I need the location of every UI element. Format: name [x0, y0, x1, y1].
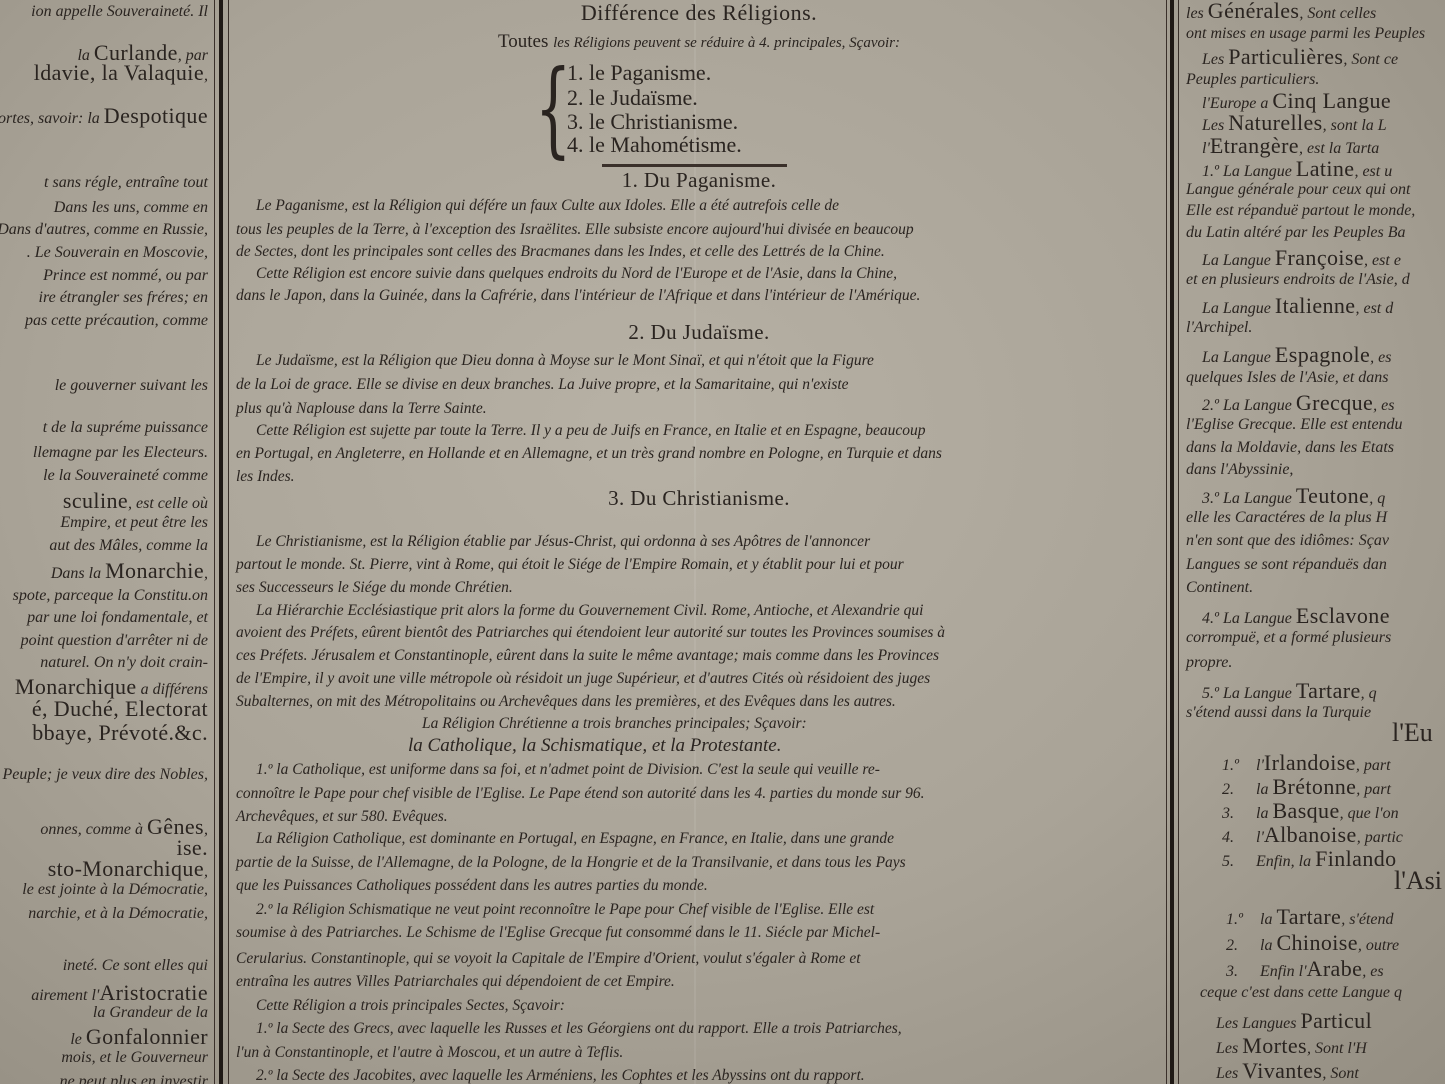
left-text-line: ion appelle Souveraineté. Il	[31, 4, 208, 20]
left-text-line: é, Duché, Electorat	[32, 698, 208, 720]
paragraph-line: Le Christianisme, est la Réligion établi…	[256, 534, 870, 550]
paragraph-line: dans le Japon, dans la Guinée, dans la C…	[236, 288, 920, 304]
right-text-line: quelques Isles de l'Asie, et dans	[1186, 370, 1389, 386]
right-column-divider-thin	[1166, 0, 1167, 1084]
left-column-divider-thick	[219, 0, 223, 1084]
left-text-line: Prince est nommé, ou par	[43, 268, 208, 284]
left-text-line: aut des Mâles, comme la	[49, 538, 208, 554]
left-text-line: t de la supréme puissance	[43, 420, 208, 436]
paragraph-line: de la Loi de grace. Elle se divise en de…	[236, 377, 849, 393]
paragraph-line: Cette Réligion est sujette par toute la …	[256, 423, 926, 439]
paragraph-line: connoître le Pape pour chef visible de l…	[236, 786, 925, 802]
left-text-line: ire étrangler ses fréres; en	[39, 290, 208, 306]
left-text-line: Dans d'autres, comme en Russie,	[0, 222, 208, 238]
right-text-line: La Langue Espagnole, es	[1202, 344, 1391, 366]
left-text-line: Empire, et peut être les	[60, 515, 208, 531]
paragraph-line: soumise à des Patriarches. Le Schisme de…	[236, 925, 880, 941]
left-text-line: ldavie, la Valaquie,	[34, 62, 208, 84]
left-column-divider-thin	[214, 0, 215, 1084]
right-text-line: 3.º La Langue Teutone, q	[1202, 485, 1385, 507]
left-text-line: spote, parceque la Constitu.on	[13, 588, 208, 604]
right-text-line: s'étend aussi dans la Turquie	[1186, 705, 1371, 721]
left-text-line: le gouverner suivant les	[55, 378, 208, 394]
right-text-line: dans la Moldavie, dans les Etats	[1186, 440, 1394, 456]
left-text-line: Monarchique a différens	[15, 676, 208, 698]
right-text-line: Les Vivantes, Sont	[1216, 1060, 1359, 1082]
left-text-line: mois, et le Gouverneur	[61, 1050, 208, 1066]
left-text-line: Dans la Monarchie,	[51, 560, 208, 582]
paragraph-line: Le Judaïsme, est la Réligion que Dieu do…	[256, 353, 874, 369]
right-text-line: 4.º La Langue Esclavone	[1202, 605, 1390, 627]
right-text-line: du Latin altéré par les Peuples Ba	[1186, 225, 1406, 241]
paragraph-line: l'un à Constantinople, et l'autre à Mosc…	[236, 1045, 623, 1061]
left-text-line: sto-Monarchique,	[48, 858, 208, 880]
section-heading-paganisme: 1. Du Paganisme.	[232, 170, 1166, 191]
paragraph-line: 1.º la Catholique, est uniforme dans sa …	[256, 762, 880, 778]
paragraph-line: avoient des Préfets, eûrent bientôt des …	[236, 625, 945, 641]
left-text-line: le Gonfalonnier	[70, 1026, 208, 1048]
right-text-line: Les Particulières, Sont ce	[1202, 46, 1398, 68]
right-text-line: La Langue Françoise, est e	[1202, 247, 1401, 269]
asia-language-item: 1.º la Tartare, s'étend	[1226, 906, 1394, 928]
right-text-line: Continent.	[1186, 580, 1253, 596]
paragraph-line: La Réligion Chrétienne a trois branches …	[422, 716, 807, 732]
right-text-line: Langue générale pour ceux qui ont	[1186, 182, 1410, 198]
paragraph-line: 2.º la Réligion Schismatique ne veut poi…	[256, 902, 874, 918]
right-text-line: ceque c'est dans cette Langue q	[1200, 985, 1402, 1001]
left-text-line: pas cette précaution, comme	[25, 313, 208, 329]
section-heading-judaisme: 2. Du Judaïsme.	[232, 322, 1166, 343]
right-column: les Générales, Sont cellesont mises en u…	[1182, 0, 1445, 1084]
right-text-line: 1.º La Langue Latine, est u	[1202, 158, 1392, 180]
paragraph-line: entraîna les autres Villes Patriarchales…	[236, 974, 675, 990]
right-text-line: elle les Caractéres de la plus H	[1186, 510, 1387, 526]
paragraph-line: ces Préfets. Jérusalem et Constantinople…	[236, 648, 939, 664]
paragraph-line: de l'Empire, il y avoit une ville métrop…	[236, 671, 930, 687]
right-text-line: La Langue Italienne, est d	[1202, 295, 1393, 317]
left-text-line: Dans les uns, comme en	[54, 200, 208, 216]
paragraph-line: Subalternes, on mit des Métropolitains o…	[236, 694, 896, 710]
left-text-line: narchie, et à la Démocratie,	[28, 906, 208, 922]
europe-heading: l'Eu	[1392, 720, 1433, 746]
right-text-line: 5.º La Langue Tartare, q	[1202, 680, 1377, 702]
left-text-line: naturel. On n'y doit crain-	[40, 655, 208, 671]
center-column: Différence des Réligions. Toutes les Rél…	[232, 0, 1166, 1084]
section-separator	[602, 164, 787, 167]
branches-line: la Catholique, la Schismatique, et la Pr…	[408, 736, 781, 755]
left-text-line: sortes, savoir: la Despotique	[0, 105, 208, 127]
asia-language-item: 3. Enfin l'Arabe, es	[1226, 958, 1384, 980]
left-text-line: Peuple; je veux dire des Nobles,	[2, 767, 208, 783]
right-text-line: l'Archipel.	[1186, 320, 1252, 336]
europe-language-item: 2. la Brétonne, part	[1222, 776, 1391, 798]
paragraph-line: en Portugal, en Angleterre, en Hollande …	[236, 446, 942, 462]
paragraph-line: les Indes.	[236, 469, 295, 485]
right-text-line: l'Etrangère, est la Tarta	[1202, 135, 1379, 157]
paragraph-line: partie de la Suisse, de l'Allemagne, de …	[236, 855, 906, 871]
left-text-line: llemagne par les Electeurs.	[33, 445, 208, 461]
page-title: Différence des Réligions.	[232, 2, 1166, 24]
asia-language-item: 2. la Chinoise, outre	[1226, 932, 1399, 954]
right-text-line: Les Langues Particul	[1216, 1010, 1372, 1032]
section-heading-christianisme: 3. Du Christianisme.	[232, 488, 1166, 509]
right-text-line: Peuples particuliers.	[1186, 72, 1319, 88]
right-text-line: Les Naturelles, sont la L	[1202, 112, 1387, 134]
right-column-divider-thin-inner	[1178, 0, 1179, 1084]
religion-list-item: 3. le Christianisme.	[567, 111, 738, 133]
right-text-line: l'Eglise Grecque. Elle est entendu	[1186, 417, 1403, 433]
right-text-line: ont mises en usage parmi les Peuples	[1186, 26, 1425, 42]
left-text-line: point question d'arrêter ni de	[21, 633, 208, 649]
europe-language-item: 5. Enfin, la Finlando	[1222, 848, 1397, 870]
left-text-line: . Le Souverain en Moscovie,	[27, 245, 208, 261]
list-brace: {	[535, 56, 571, 160]
left-column: ion appelle Souveraineté. Illa Curlande,…	[0, 0, 214, 1084]
left-text-line: ineté. Ce sont elles qui	[63, 958, 208, 974]
left-text-line: le est jointe à la Démocratie,	[22, 882, 208, 898]
left-column-divider-thin-inner	[228, 0, 229, 1084]
left-text-line: sculine, est celle où	[63, 490, 208, 512]
left-text-line: airement l'Aristocratie	[31, 982, 208, 1004]
europe-language-item: 3. la Basque, que l'on	[1222, 800, 1399, 822]
left-text-line: la Grandeur de la	[93, 1005, 208, 1021]
paragraph-line: 1.º la Secte des Grecs, avec laquelle le…	[256, 1021, 902, 1037]
right-text-line: Les Mortes, Sont l'H	[1216, 1035, 1367, 1057]
paragraph-line: La Hiérarchie Ecclésiastique prit alors …	[256, 603, 923, 619]
left-text-line: par une loi fondamentale, et	[27, 610, 208, 626]
right-text-line: les Générales, Sont celles	[1186, 0, 1376, 22]
left-text-line: bbaye, Prévoté.&c.	[32, 722, 208, 744]
right-text-line: Elle est répanduë partout le monde,	[1186, 203, 1415, 219]
right-column-divider-thick	[1170, 0, 1174, 1084]
paragraph-line: de Sectes, dont les principales sont cel…	[236, 244, 885, 260]
paragraph-line: plus qu'à Naplouse dans la Terre Sainte.	[236, 401, 487, 417]
right-text-line: 2.º La Langue Grecque, es	[1202, 392, 1395, 414]
paragraph-line: que les Puissances Catholiques possédent…	[236, 878, 708, 894]
paragraph-line: La Réligion Catholique, est dominante en…	[256, 831, 894, 847]
europe-language-item: 1.º l'Irlandoise, part	[1222, 752, 1391, 774]
paragraph-line: Archevêques, et sur 580. Evêques.	[236, 809, 448, 825]
right-text-line: dans l'Abyssinie,	[1186, 462, 1293, 478]
left-text-line: t sans régle, entraîne tout	[44, 175, 208, 191]
paragraph-line: Cette Réligion est encore suivie dans qu…	[256, 266, 897, 282]
right-text-line: n'en sont que des idiômes: Sçav	[1186, 533, 1389, 549]
paragraph-line: Cette Réligion a trois principales Secte…	[256, 998, 565, 1014]
right-text-line: l'Europe a Cinq Langue	[1202, 90, 1391, 112]
religion-list-item: 4. le Mahométisme.	[567, 134, 742, 156]
paragraph-line: Le Paganisme, est la Réligion qui défére…	[256, 198, 839, 214]
left-text-line: ne peut plus en investir	[60, 1074, 208, 1084]
intro-line: Toutes les Réligions peuvent se réduire …	[232, 32, 1166, 51]
paragraph-line: tous les peuples de la Terre, à l'except…	[236, 222, 914, 238]
right-text-line: Langues se sont répanduës dan	[1186, 557, 1387, 573]
paragraph-line: partout le monde. St. Pierre, vint à Rom…	[236, 557, 904, 573]
paragraph-line: ses Successeurs le Siége du monde Chréti…	[236, 580, 513, 596]
religion-list-item: 2. le Judaïsme.	[567, 87, 698, 109]
left-text-line: le la Souveraineté comme	[43, 468, 208, 484]
right-text-line: corrompuë, et a formé plusieurs	[1186, 630, 1391, 646]
religion-list-item: 1. le Paganisme.	[567, 62, 711, 84]
europe-language-item: 4. l'Albanoise, partic	[1222, 824, 1403, 846]
right-text-line: propre.	[1186, 655, 1232, 671]
asia-heading: l'Asi	[1394, 868, 1442, 894]
paragraph-line: 2.º la Secte des Jacobites, avec laquell…	[256, 1068, 865, 1084]
right-text-line: et en plusieurs endroits de l'Asie, d	[1186, 272, 1410, 288]
paragraph-line: Cerularius. Constantinople, qui se voyoi…	[236, 951, 861, 967]
intro-rest: les Réligions peuvent se réduire à 4. pr…	[553, 35, 900, 51]
